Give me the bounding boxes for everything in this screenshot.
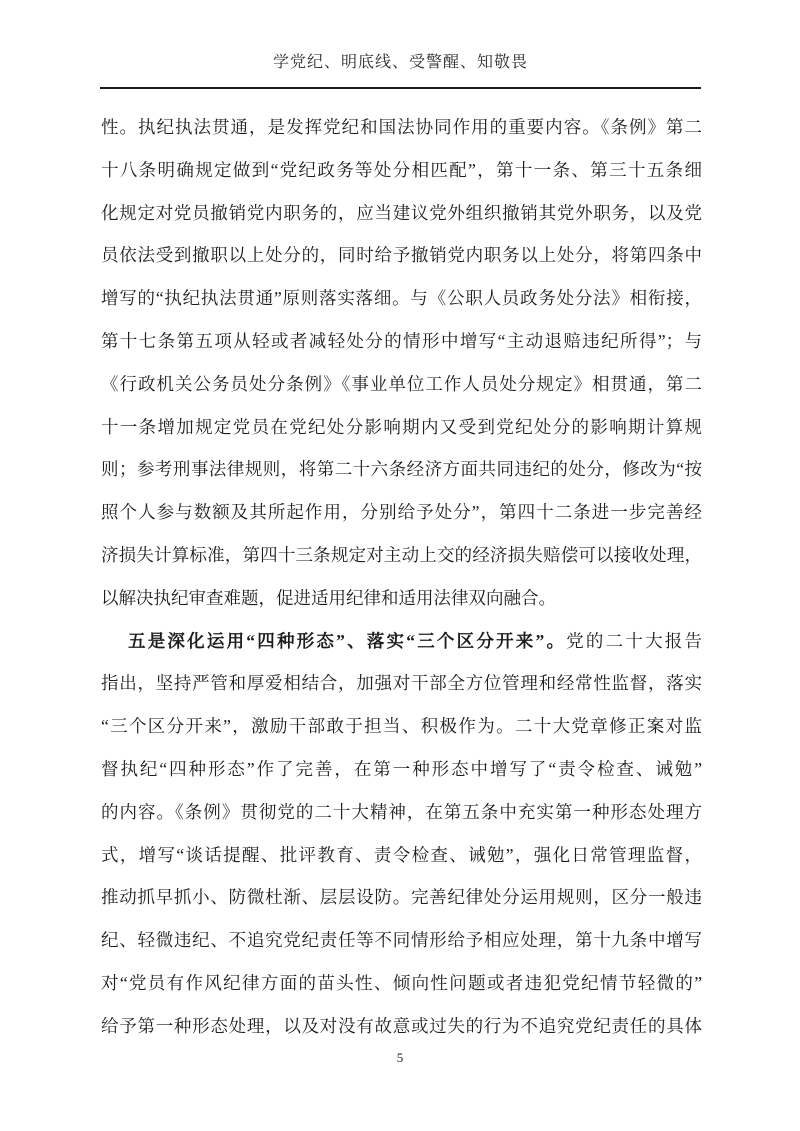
text-line: 《行政机关公务员处分条例》《事业单位工作人员处分规定》相贯通，第二 xyxy=(101,363,702,406)
text-line: 员依法受到撤职以上处分的，同时给予撤销党内职务以上处分，将第四条中 xyxy=(101,234,702,277)
paragraph-2-lead-rest: 党的二十大报告 xyxy=(566,631,702,651)
text-line: 化规定对党员撤销党内职务的，应当建议党外组织撤销其党外职务，以及党 xyxy=(101,192,702,235)
paragraph-1: 性。执纪执法贯通，是发挥党纪和国法协同作用的重要内容。《条例》第二十八条明确规定… xyxy=(101,106,702,620)
text-line: “三个区分开来”，激励干部敢于担当、积极作为。二十大党章修正案对监 xyxy=(101,705,702,748)
text-line: 推动抓早抓小、防微杜渐、层层设防。完善纪律处分运用规则，区分一般违 xyxy=(101,876,702,919)
text-line: 十八条明确规定做到“党纪政务等处分相匹配”，第十一条、第三十五条细 xyxy=(101,149,702,192)
document-body: 性。执纪执法贯通，是发挥党纪和国法协同作用的重要内容。《条例》第二十八条明确规定… xyxy=(101,106,702,1048)
page-header: 学党纪、明底线、受警醒、知敬畏 xyxy=(100,52,701,89)
text-line: 督执纪“四种形态”作了完善，在第一种形态中增写了“责令检查、诫勉” xyxy=(101,748,702,791)
paragraph-2-lead-line: 五是深化运用“四种形态”、落实“三个区分开来”。党的二十大报告 xyxy=(101,620,702,663)
paragraph-2-lead-bold: 五是深化运用“四种形态”、落实“三个区分开来”。 xyxy=(128,631,566,651)
text-line: 济损失计算标准，第四十三条规定对主动上交的经济损失赔偿可以接收处理， xyxy=(101,534,702,577)
text-line: 照个人参与数额及其所起作用，分别给予处分”，第四十二条进一步完善经 xyxy=(101,491,702,534)
text-line: 的内容。《条例》贯彻党的二十大精神，在第五条中充实第一种形态处理方 xyxy=(101,791,702,834)
text-line: 纪、轻微违纪、不追究党纪责任等不同情形给予相应处理，第十九条中增写 xyxy=(101,919,702,962)
header-title: 学党纪、明底线、受警醒、知敬畏 xyxy=(100,52,701,74)
text-line: 指出，坚持严管和厚爱相结合，加强对干部全方位管理和经常性监督，落实 xyxy=(101,662,702,705)
text-line: 对“党员有作风纪律方面的苗头性、倾向性问题或者违犯党纪情节轻微的” xyxy=(101,962,702,1005)
text-line: 十一条增加规定党员在党纪处分影响期内又受到党纪处分的影响期计算规 xyxy=(101,406,702,449)
text-line: 式，增写“谈话提醒、批评教育、责令检查、诫勉”，强化日常管理监督， xyxy=(101,834,702,877)
header-rule xyxy=(100,87,701,89)
page-number: 5 xyxy=(0,1050,800,1066)
paragraph-2: 五是深化运用“四种形态”、落实“三个区分开来”。党的二十大报告 指出，坚持严管和… xyxy=(101,620,702,1048)
text-line: 性。执纪执法贯通，是发挥党纪和国法协同作用的重要内容。《条例》第二 xyxy=(101,106,702,149)
text-line: 以解决执纪审查难题，促进适用纪律和适用法律双向融合。 xyxy=(101,577,702,620)
text-line: 第十七条第五项从轻或者减轻处分的情形中增写“主动退赔违纪所得”；与 xyxy=(101,320,702,363)
text-line: 给予第一种形态处理，以及对没有故意或过失的行为不追究党纪责任的具体 xyxy=(101,1005,702,1048)
text-line: 则；参考刑事法律规则，将第二十六条经济方面共同违纪的处分，修改为“按 xyxy=(101,448,702,491)
text-line: 增写的“执纪执法贯通”原则落实落细。与《公职人员政务处分法》相衔接， xyxy=(101,277,702,320)
